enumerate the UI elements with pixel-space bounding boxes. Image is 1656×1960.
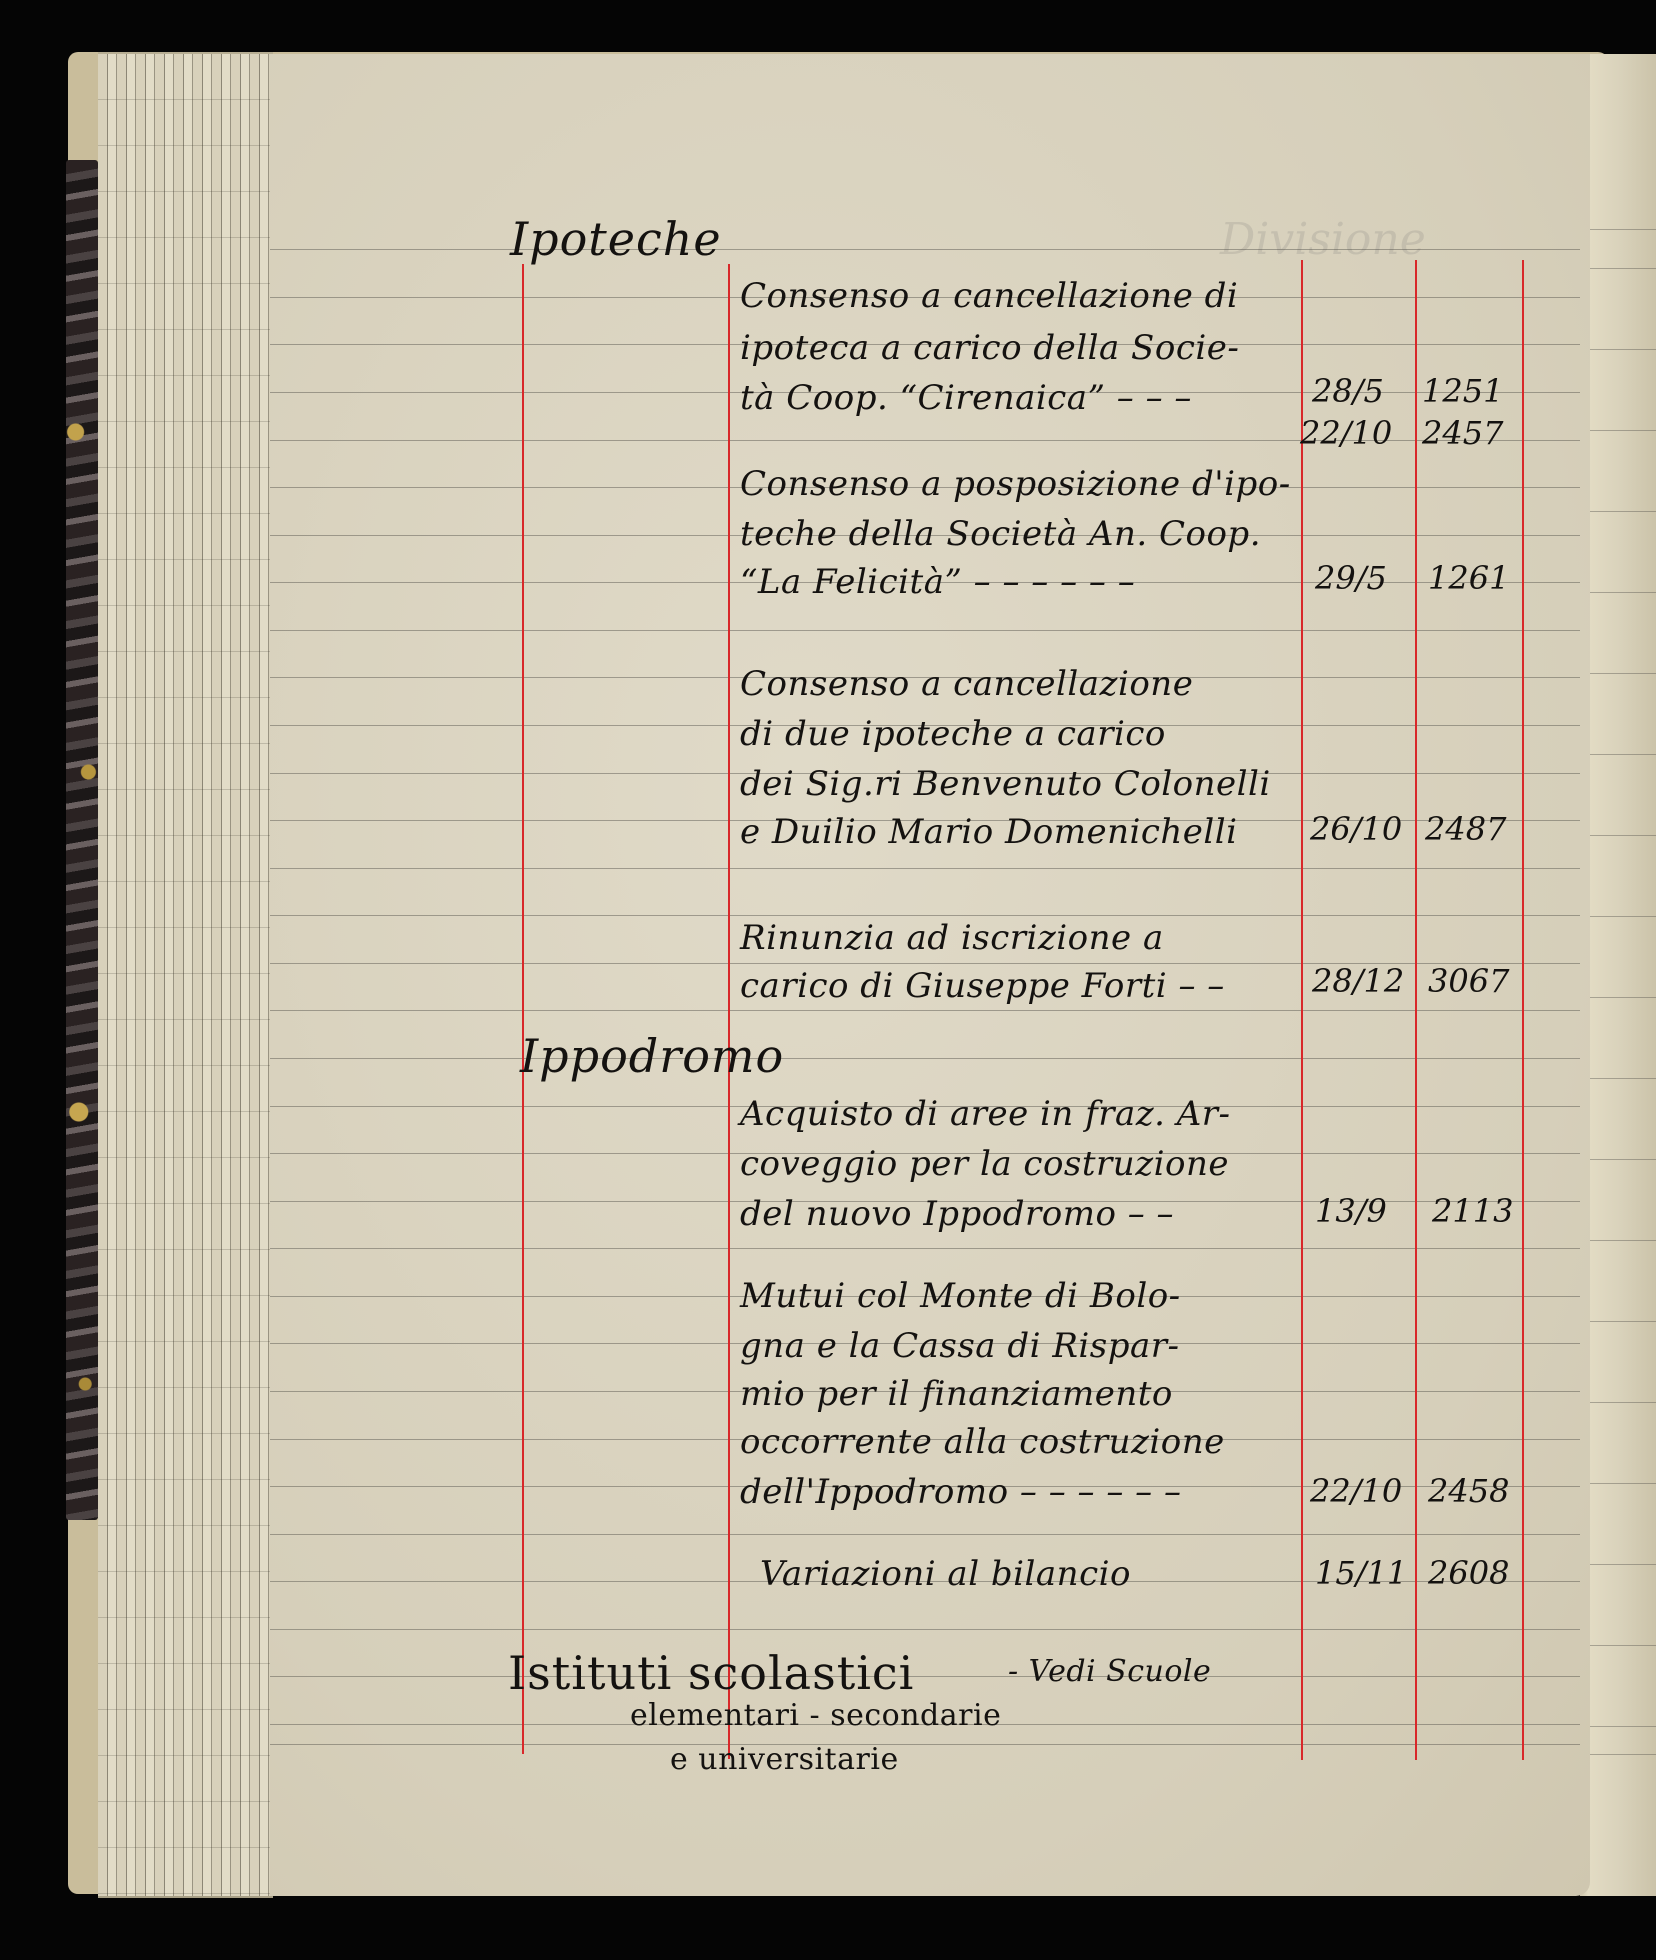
entry-number: 2487: [1425, 810, 1506, 848]
entry-date: 26/10: [1310, 810, 1402, 848]
entry-line: Consenso a cancellazione di: [740, 276, 1238, 316]
entry-line: Consenso a posposizione d'ipo-: [740, 464, 1291, 504]
entry-line: “La Felicità” – – – – – –: [740, 562, 1135, 602]
entry-line: del nuovo Ippodromo – –: [740, 1194, 1174, 1234]
entry-line: mio per il finanziamento: [740, 1374, 1173, 1414]
section-heading-istituti-scolastici: Istituti scolastici: [508, 1646, 914, 1700]
entry-line: Rinunzia ad iscrizione a: [740, 918, 1164, 958]
margin-rule-number: [1415, 260, 1417, 1760]
entry-number: 2113: [1432, 1192, 1513, 1230]
entry-number: 2608: [1428, 1554, 1509, 1592]
margin-rule-end: [1522, 260, 1524, 1760]
entry-number: 1261: [1428, 559, 1509, 597]
entry-line: Variazioni al bilancio: [760, 1554, 1131, 1594]
entry-date: 22/10: [1310, 1472, 1402, 1510]
entry-date: 29/5: [1315, 559, 1387, 597]
margin-rule-1: [522, 264, 524, 1754]
margin-rule-2: [728, 264, 730, 1759]
ledger-page: Divisione Ipoteche Consenso a cancellazi…: [270, 54, 1590, 1896]
section-heading-ipoteche: Ipoteche: [510, 212, 722, 266]
entry-line: carico di Giuseppe Forti – –: [740, 966, 1225, 1006]
margin-rule-date: [1301, 260, 1303, 1760]
entry-line: di due ipoteche a carico: [740, 714, 1166, 754]
entry-number: 2458: [1428, 1472, 1509, 1510]
section-heading-ippodromo: Ippodromo: [520, 1029, 784, 1083]
facing-page-edge: [1580, 54, 1656, 1896]
entry-number: 1251: [1422, 372, 1503, 410]
entry-line: tà Coop. “Cirenaica” – – –: [740, 378, 1192, 418]
entry-date: 28/5: [1312, 372, 1384, 410]
cross-reference: - Vedi Scuole: [1008, 1654, 1211, 1689]
entry-line: dell'Ippodromo – – – – – –: [740, 1472, 1181, 1512]
entry-line: Consenso a cancellazione: [740, 664, 1193, 704]
ghost-bleed-through-text: Divisione: [1220, 214, 1426, 265]
entry-date-secondary: 22/10: [1300, 414, 1392, 452]
cross-reference-line: e universitarie: [670, 1742, 899, 1777]
entry-line: teche della Società An. Coop.: [740, 514, 1261, 554]
entry-number-secondary: 2457: [1422, 414, 1503, 452]
entry-line: occorrente alla costruzione: [740, 1422, 1225, 1462]
entry-date: 28/12: [1312, 962, 1404, 1000]
entry-date: 15/11: [1315, 1554, 1407, 1592]
entry-line: coveggio per la costruzione: [740, 1144, 1229, 1184]
entry-line: e Duilio Mario Domenichelli: [740, 812, 1238, 852]
entry-line: gna e la Cassa di Rispar-: [740, 1326, 1180, 1366]
entry-line: Acquisto di aree in fraz. Ar-: [740, 1094, 1231, 1134]
entry-date: 13/9: [1315, 1192, 1387, 1230]
entry-line: dei Sig.ri Benvenuto Colonelli: [740, 764, 1271, 804]
entry-line: ipoteca a carico della Socie-: [740, 328, 1239, 368]
marbled-spine: [66, 160, 98, 1520]
entry-number: 3067: [1428, 962, 1509, 1000]
entry-line: Mutui col Monte di Bolo-: [740, 1276, 1181, 1316]
cross-reference-line: elementari - secondarie: [630, 1698, 1001, 1733]
page-edges-stack: [98, 52, 273, 1898]
